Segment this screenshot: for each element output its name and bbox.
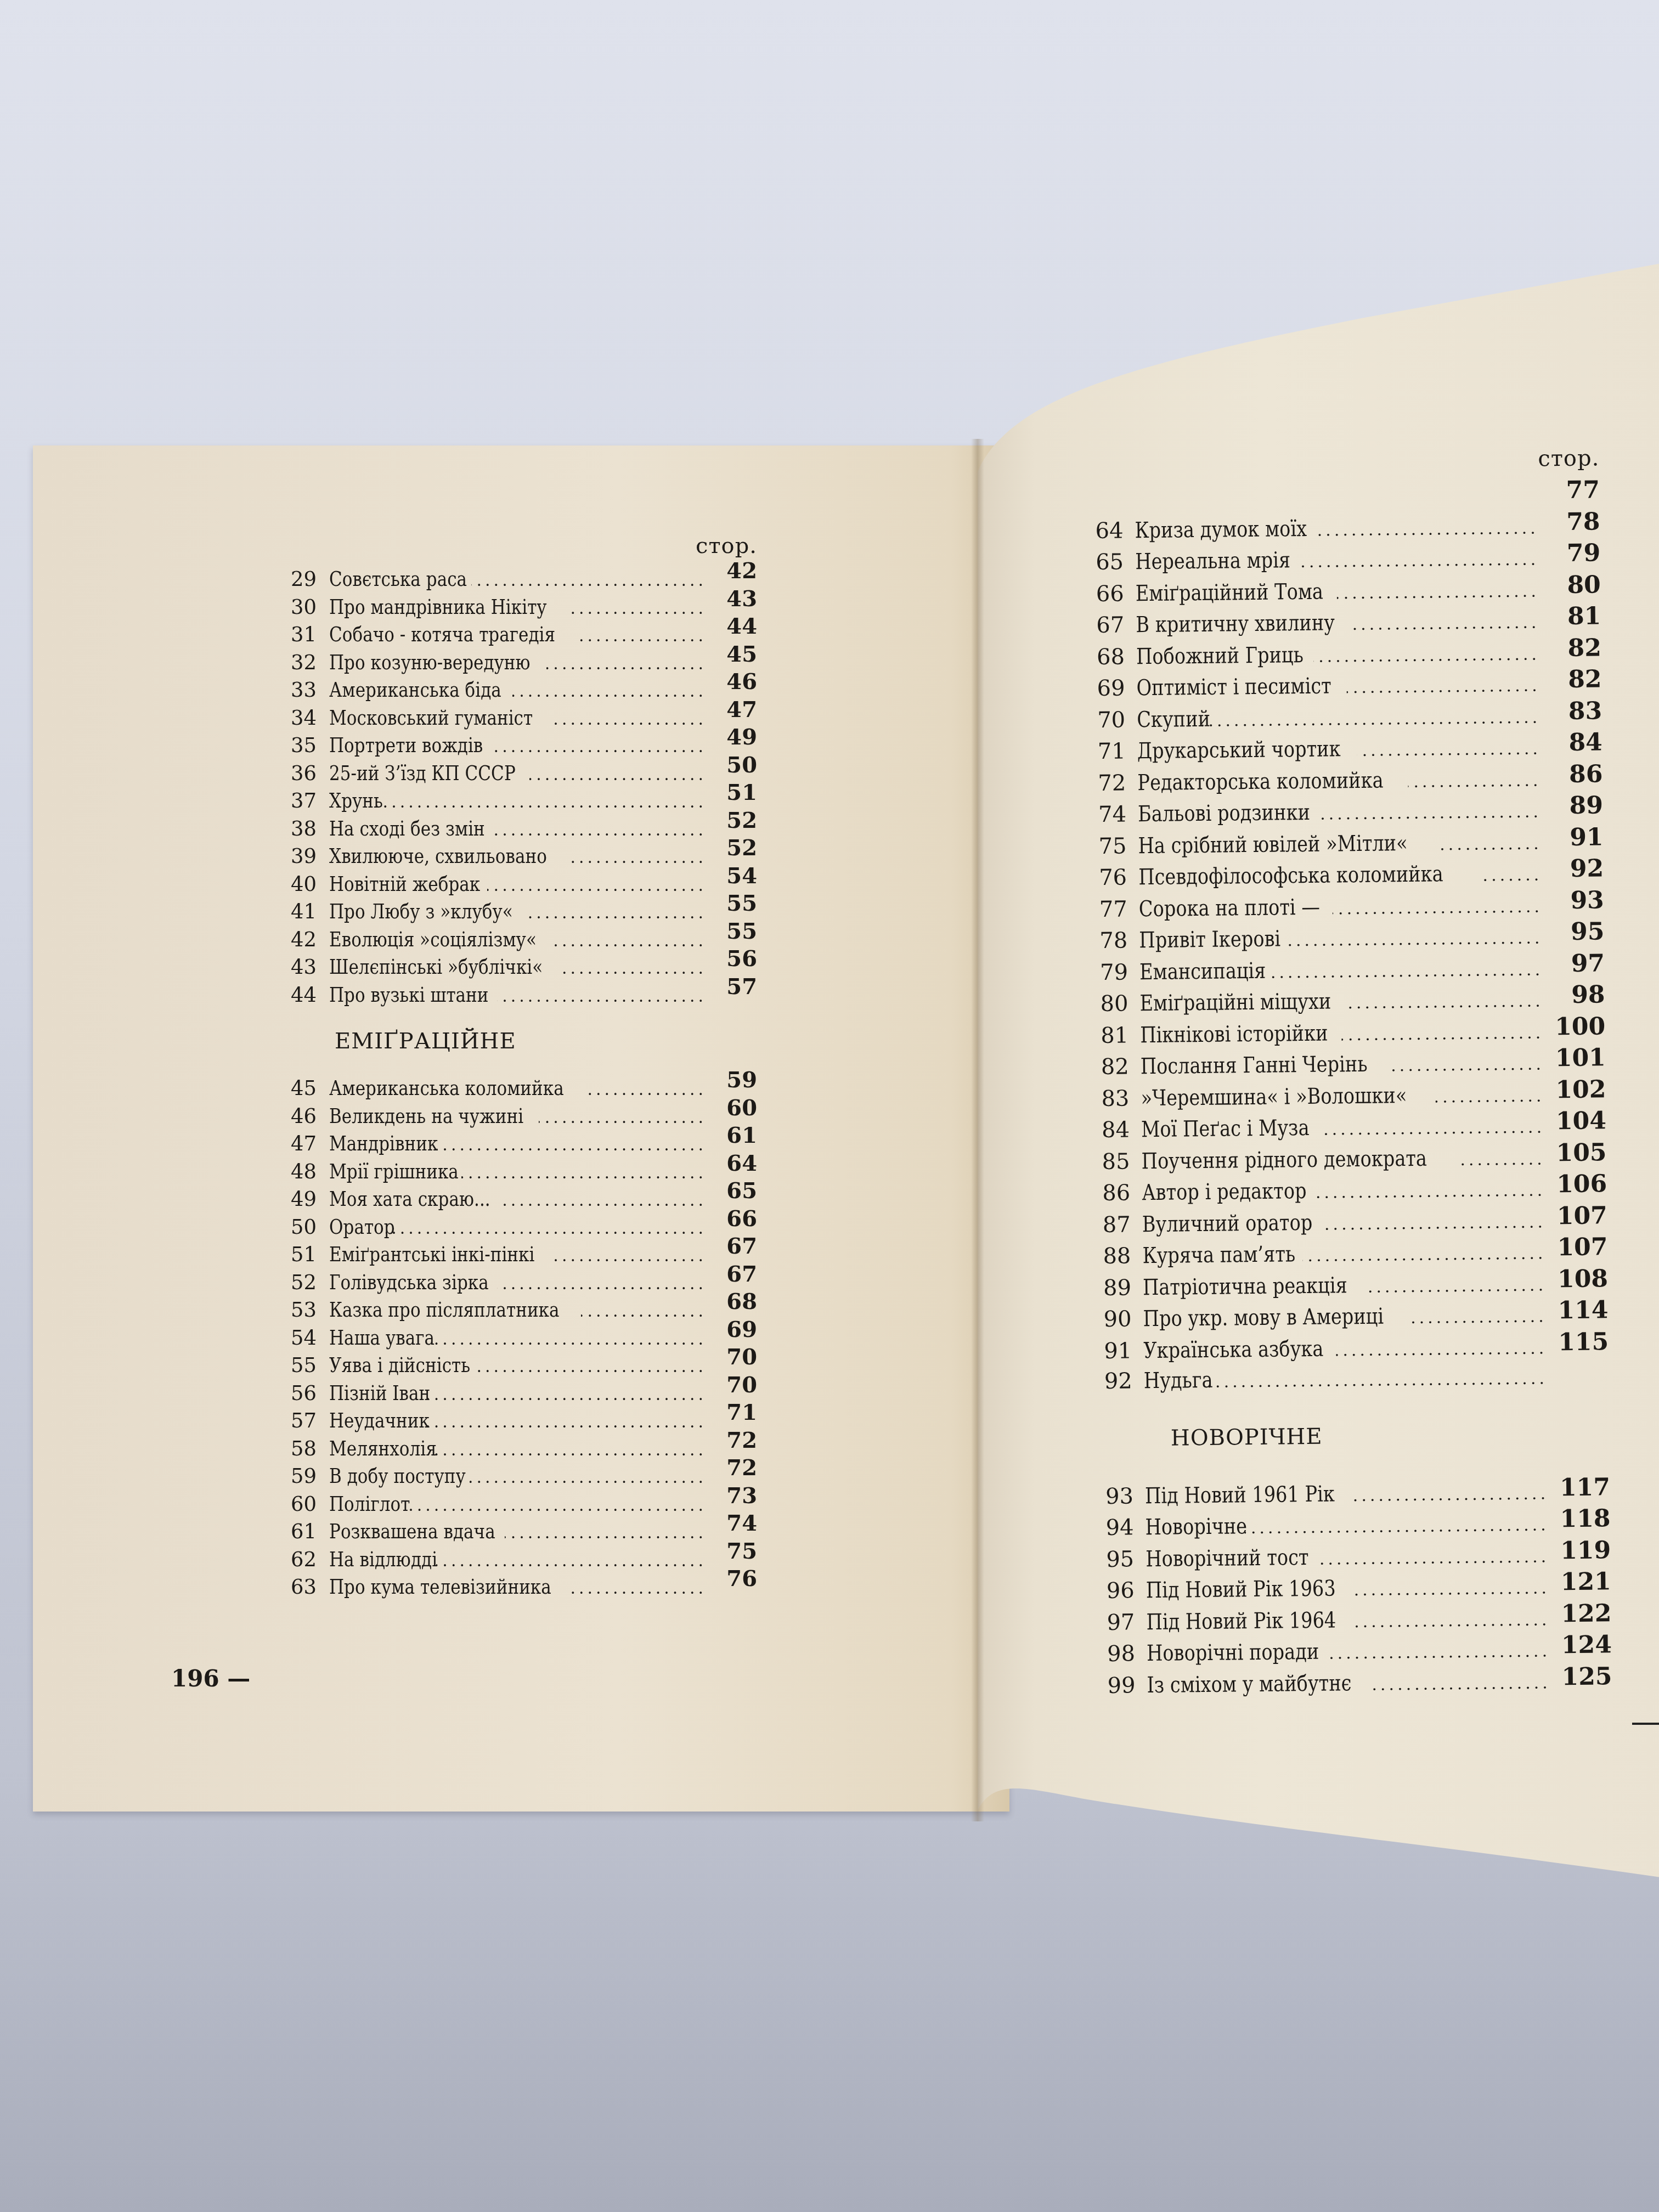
toc-entry: 60 Поліглот ............................… <box>291 1490 757 1518</box>
entry-page: 82 <box>1547 632 1602 664</box>
entry-page: 51 <box>713 779 757 806</box>
dot-leader: ........................................… <box>470 1464 707 1492</box>
entry-page: 105 <box>1551 1137 1607 1169</box>
entry-title: »Черемшина« і »Волошки« <box>1141 1080 1407 1114</box>
dot-leader: ........................................… <box>1330 1635 1551 1669</box>
toc-entry: 47 Мандрівник ..........................… <box>291 1130 757 1158</box>
dot-leader: ........................................… <box>1459 1143 1545 1176</box>
dot-leader: ........................................… <box>1316 1175 1545 1208</box>
toc-entry: 62 На відлюдді .........................… <box>291 1545 757 1573</box>
page-number: 196 — <box>171 1665 250 1692</box>
entry-page <box>1554 1380 1609 1380</box>
toc-entry: 58 Мелянхолія ..........................… <box>291 1435 757 1463</box>
dot-leader: ........................................… <box>1408 765 1542 798</box>
toc-entry: 39 Хвилююче, схвильовано ...............… <box>291 842 757 870</box>
entry-title: Про вузькі штани <box>329 981 489 1009</box>
entry-page: 97 <box>1550 947 1605 979</box>
entry-page: 107 <box>1553 1231 1608 1263</box>
toc-entry: 52 Голівудська зірка ...................… <box>291 1268 757 1296</box>
toc-list: 29 Совєтська раса ......................… <box>291 565 757 1008</box>
entry-title: Редакторська коломийка <box>1137 765 1384 799</box>
entry-number: 80 <box>1100 988 1140 1020</box>
entry-title: Оратор <box>329 1214 395 1241</box>
entry-title: Нудьга <box>1144 1365 1213 1397</box>
toc-entry: 51 Еміґрантські інкі-пінкі .............… <box>291 1240 757 1268</box>
dot-leader: ........................................… <box>1302 1238 1547 1272</box>
entry-page: 117 <box>1555 1471 1611 1503</box>
entry-number: 47 <box>291 1130 329 1158</box>
entry-page: 57 <box>713 973 757 1001</box>
entry-title: Новорічний тост <box>1145 1542 1309 1575</box>
dot-leader: ........................................… <box>529 761 707 789</box>
entry-title: Про кума телевізийника <box>329 1573 551 1601</box>
toc-entry: 80 Еміґраційні міщухи ..................… <box>1100 982 1605 1019</box>
dot-leader: ........................................… <box>490 733 707 761</box>
dot-leader: ........................................… <box>586 1076 707 1104</box>
toc-entry: 78 Привіт Ікерові ......................… <box>1099 919 1605 956</box>
entry-number: 96 <box>1107 1575 1147 1607</box>
dot-leader: ........................................… <box>427 1409 707 1436</box>
toc-entry: 70 Скупий ..............................… <box>1097 698 1602 735</box>
entry-title: Під Новий Рік 1964 <box>1146 1605 1336 1638</box>
entry-page: 122 <box>1556 1598 1612 1629</box>
entry-page: 50 <box>713 752 757 779</box>
entry-page: 60 <box>713 1094 757 1122</box>
entry-page: 43 <box>713 585 757 613</box>
toc-list: 77 64 Криза думок моїх .................… <box>1095 477 1609 1397</box>
dot-leader: ........................................… <box>550 706 707 733</box>
dot-leader: ........................................… <box>1368 1667 1551 1700</box>
toc-entry: 64 Криза думок моїх ....................… <box>1095 509 1600 546</box>
entry-title: Українська азбука <box>1143 1333 1324 1366</box>
toc-entry: 93 Під Новий 1961 Рік ..................… <box>1105 1475 1611 1511</box>
entry-page: 102 <box>1551 1074 1606 1105</box>
toc-entry: 49 Моя хата скраю... ...................… <box>291 1185 757 1213</box>
entry-page: 66 <box>713 1205 757 1233</box>
entry-title: Совєтська раса <box>329 566 467 593</box>
entry-page: 74 <box>713 1510 757 1537</box>
dot-leader: ........................................… <box>1333 891 1543 924</box>
toc-entry: 53 Казка про післяплатника .............… <box>291 1296 757 1324</box>
dot-leader: ........................................… <box>1364 1269 1547 1302</box>
entry-title: Голівудська зірка <box>329 1269 489 1296</box>
entry-page: 52 <box>713 834 757 862</box>
entry-page: 54 <box>713 862 757 890</box>
toc-entry: 97 Під Новий Рік 1964 ..................… <box>1107 1601 1612 1638</box>
toc-entry: 82 Послання Ганні Черінь ...............… <box>1101 1045 1606 1082</box>
entry-number: 61 <box>291 1518 329 1545</box>
entry-title: Американська біда <box>329 676 501 704</box>
dot-leader: ........................................… <box>1319 1111 1545 1145</box>
dot-leader: ........................................… <box>539 1104 707 1132</box>
entry-title: Скупий <box>1137 703 1210 735</box>
dot-leader: ........................................… <box>566 595 707 623</box>
entry-number: 43 <box>291 953 329 981</box>
entry-number: 55 <box>291 1352 329 1379</box>
entry-number: 85 <box>1102 1146 1142 1178</box>
toc-entry: 77 Сорока на плоті — ...................… <box>1099 888 1605 924</box>
dot-leader: ........................................… <box>1479 859 1542 891</box>
entry-page: 104 <box>1551 1105 1607 1137</box>
entry-number: 84 <box>1102 1114 1142 1146</box>
entry-page: 107 <box>1552 1200 1607 1232</box>
entry-number: 35 <box>291 732 329 759</box>
dot-leader: ........................................… <box>1318 512 1539 546</box>
dot-leader: ........................................… <box>1337 575 1539 609</box>
entry-page: 72 <box>713 1454 757 1482</box>
entry-number: 97 <box>1107 1607 1147 1639</box>
entry-title: Хрунь <box>329 787 383 815</box>
entry-page: 82 <box>1547 663 1602 695</box>
toc-entry: 35 Портрети вождів .....................… <box>291 731 757 759</box>
entry-title: В критичну хвилину <box>1136 607 1335 641</box>
entry-number: 62 <box>291 1546 329 1573</box>
page-number-dash <box>1632 1723 1659 1725</box>
entry-number: 59 <box>291 1463 329 1490</box>
entry-title: Бальові родзинки <box>1138 797 1310 830</box>
dot-leader: ........................................… <box>1407 1301 1547 1334</box>
entry-title: Мрії грішника <box>329 1158 459 1186</box>
entry-title: Моя хата скраю... <box>329 1186 490 1213</box>
entry-page: 76 <box>713 1565 757 1593</box>
entry-number: 89 <box>1103 1272 1143 1304</box>
entry-number <box>1095 506 1135 506</box>
entry-title: Псевдофілософська коломийка <box>1138 859 1443 893</box>
entry-title: Шелєпінські »бублічкі« <box>329 953 543 981</box>
dot-leader: ........................................… <box>1336 1333 1548 1366</box>
entry-page: 84 <box>1547 726 1602 758</box>
entry-page: 67 <box>713 1233 757 1260</box>
entry-page: 73 <box>713 1482 757 1510</box>
entry-number: 69 <box>1097 673 1137 704</box>
toc-entry: 76 Псевдофілософська коломийка .........… <box>1099 856 1604 893</box>
toc-entry: 67 В критичну хвилину ..................… <box>1096 603 1601 640</box>
entry-number: 81 <box>1101 1020 1141 1052</box>
entry-title: Пікнікові історійки <box>1140 1018 1328 1051</box>
entry-title: Криза думок моїх <box>1135 513 1307 546</box>
entry-title: В добу поступу <box>329 1463 466 1490</box>
entry-number: 50 <box>291 1214 329 1241</box>
entry-title: Нереальна мрія <box>1135 545 1291 578</box>
entry-number: 49 <box>291 1186 329 1213</box>
entry-title: Емансипація <box>1139 955 1266 988</box>
dot-leader: ........................................… <box>497 983 707 1011</box>
toc-entry: 37 Хрунь ...............................… <box>291 787 757 815</box>
entry-title: Оптиміст і песиміст <box>1136 671 1331 704</box>
entry-number: 39 <box>291 843 329 870</box>
entry-number: 82 <box>1101 1051 1141 1083</box>
entry-title: Неудачник <box>329 1407 430 1435</box>
entry-page: 61 <box>713 1122 757 1149</box>
toc-entry: 54 Наша увага ..........................… <box>291 1324 757 1352</box>
entry-title: Про Любу з »клубу« <box>329 898 513 926</box>
dot-leader: ........................................… <box>1349 1478 1549 1511</box>
entry-title: Під Новий Рік 1963 <box>1146 1573 1336 1607</box>
entry-number: 56 <box>291 1380 329 1407</box>
toc-list: 93 Під Новий 1961 Рік ..................… <box>1105 1475 1612 1701</box>
entry-number: 94 <box>1105 1512 1145 1544</box>
entry-title: Еміґраційний Тома <box>1136 576 1324 610</box>
entry-title: Наша увага <box>329 1324 435 1352</box>
entry-page: 69 <box>713 1316 757 1344</box>
entry-title: Новітній жебрак <box>329 871 480 898</box>
toc-entry: 42 Еволюція »соціялізму« ...............… <box>291 926 757 953</box>
dot-leader: ........................................… <box>566 844 707 872</box>
entry-page: 75 <box>713 1538 757 1565</box>
entry-number: 88 <box>1103 1240 1143 1272</box>
entry-title: Привіт Ікерові <box>1139 923 1280 956</box>
dot-leader: ........................................… <box>1350 1572 1550 1606</box>
dot-leader: ........................................… <box>436 1548 707 1575</box>
entry-page: 46 <box>713 668 757 696</box>
entry-page: 67 <box>713 1261 757 1288</box>
dot-leader: ........................................… <box>487 872 707 900</box>
entry-page: 70 <box>713 1372 757 1399</box>
entry-number: 90 <box>1103 1304 1143 1335</box>
dot-leader: ........................................… <box>386 1215 707 1243</box>
toc-entry: 95 Новорічний тост .....................… <box>1106 1538 1611 1575</box>
dot-leader <box>1113 502 1538 506</box>
entry-page: 118 <box>1555 1503 1611 1534</box>
entry-page: 72 <box>713 1427 757 1454</box>
entry-page: 45 <box>713 641 757 668</box>
entry-title: Хвилююче, схвильовано <box>329 843 547 870</box>
entry-number: 46 <box>291 1103 329 1130</box>
entry-page: 47 <box>713 696 757 724</box>
entry-number: 31 <box>291 621 329 648</box>
dot-leader: ........................................… <box>1351 607 1540 641</box>
entry-title: Новорічні поради <box>1147 1637 1319 1669</box>
entry-title: На відлюдді <box>329 1546 437 1573</box>
entry-title: Поліглот <box>329 1491 410 1518</box>
entry-page: 65 <box>713 1177 757 1205</box>
entry-page: 42 <box>713 557 757 585</box>
entry-number: 83 <box>1101 1083 1141 1115</box>
toc-entry: 75 На срібний ювілей »Мітли« ...........… <box>1098 825 1604 861</box>
entry-number: 32 <box>291 649 329 676</box>
entry-number: 51 <box>291 1241 329 1268</box>
entry-title: Казка про післяплатника <box>329 1296 560 1324</box>
toc-entry: 31 Собачо - котяча трагедія ............… <box>291 620 757 648</box>
dot-leader: ........................................… <box>1437 828 1542 860</box>
toc-entry: 87 Вуличний оратор .....................… <box>1103 1203 1608 1240</box>
page-column-header: стор. <box>291 527 757 565</box>
entry-page: 55 <box>713 890 757 917</box>
dot-leader: ........................................… <box>1268 954 1543 988</box>
entry-page: 79 <box>1545 537 1601 569</box>
dot-leader: ........................................… <box>461 1160 707 1187</box>
toc-entry: 92 Нудьга ..............................… <box>1104 1361 1610 1397</box>
toc-entry: 63 Про кума телевізийника ..............… <box>291 1573 757 1601</box>
dot-leader: ........................................… <box>577 623 707 650</box>
entry-number: 91 <box>1104 1335 1144 1367</box>
entry-number: 29 <box>291 566 329 593</box>
entry-page: 44 <box>713 613 757 640</box>
entry-number: 93 <box>1105 1481 1145 1513</box>
entry-title: Сорока на плоті — <box>1139 891 1321 924</box>
entry-number: 42 <box>291 926 329 953</box>
entry-number: 76 <box>1099 862 1139 894</box>
entry-title: Московський гуманіст <box>329 704 533 732</box>
entry-page: 124 <box>1557 1629 1612 1661</box>
toc-entry: 68 Побожний Гриць ......................… <box>1097 635 1602 672</box>
toc-right-page: стор. 77 64 Криза думок моїх ...........… <box>1094 439 1612 1701</box>
entry-number: 68 <box>1097 641 1137 673</box>
toc-entry: 40 Новітній жебрак .....................… <box>291 870 757 898</box>
dot-leader: ........................................… <box>581 1298 707 1325</box>
entry-page: 70 <box>713 1344 757 1371</box>
dot-leader: ........................................… <box>1313 639 1541 672</box>
entry-number: 74 <box>1098 799 1138 831</box>
toc-entry: 71 Друкарський чортик ..................… <box>1098 730 1603 766</box>
entry-title: Про укр. мову в Америці <box>1143 1301 1384 1335</box>
toc-entry: 84 Мої Пеґас і Муза ....................… <box>1102 1108 1607 1145</box>
entry-page: 108 <box>1553 1263 1609 1295</box>
dot-leader: ........................................… <box>1346 670 1541 704</box>
dot-leader: ........................................… <box>493 817 707 844</box>
entry-title: Новорічне <box>1145 1511 1247 1543</box>
entry-page: 56 <box>713 945 757 973</box>
entry-number: 67 <box>1096 610 1136 641</box>
toc-entry: 77 <box>1095 477 1600 514</box>
toc-entry: 43 Шелєпінські »бублічкі« ..............… <box>291 953 757 981</box>
dot-leader: ........................................… <box>1321 797 1542 830</box>
entry-title: 25-ий З’їзд КП СССР <box>329 760 516 787</box>
entry-number: 66 <box>1096 578 1136 610</box>
toc-entry: 50 Оратор ..............................… <box>291 1213 757 1241</box>
toc-entry: 89 Патріотична реакція .................… <box>1103 1266 1609 1303</box>
entry-number: 30 <box>291 594 329 621</box>
toc-entry: 44 Про вузькі штани ....................… <box>291 981 757 1009</box>
entry-page: 49 <box>713 724 757 751</box>
entry-title: Побожний Гриць <box>1136 640 1304 673</box>
entry-number: 99 <box>1107 1670 1147 1702</box>
dot-leader: ........................................… <box>552 1243 707 1270</box>
entry-number: 54 <box>291 1324 329 1352</box>
dot-leader: ........................................… <box>512 678 707 706</box>
entry-number: 98 <box>1107 1638 1147 1670</box>
entry-title: На срібний ювілей »Мітли« <box>1138 828 1408 862</box>
toc-entry: 61 Розквашена вдача ....................… <box>291 1517 757 1545</box>
entry-title: Розквашена вдача <box>329 1518 495 1545</box>
entry-page: 80 <box>1545 569 1601 601</box>
entry-number: 52 <box>291 1269 329 1296</box>
entry-page: 125 <box>1557 1661 1612 1692</box>
toc-entry: 91 Українська азбука ...................… <box>1104 1329 1609 1366</box>
toc-entry: 98 Новорічні поради ....................… <box>1107 1632 1612 1669</box>
dot-leader: ........................................… <box>1318 1541 1550 1575</box>
entry-title: На сході без змін <box>329 815 485 843</box>
entry-number: 34 <box>291 704 329 732</box>
entry-page: 92 <box>1549 853 1604 884</box>
toc-entry: 38 На сході без змін ...................… <box>291 815 757 843</box>
entry-number: 40 <box>291 871 329 898</box>
entry-title: Поучення рідного демократа <box>1141 1143 1427 1177</box>
toc-entry: 59 В добу поступу ......................… <box>291 1462 757 1490</box>
entry-page: 64 <box>713 1150 757 1177</box>
dot-leader: ........................................… <box>1204 1363 1548 1398</box>
entry-title: Послання Ганні Черінь <box>1141 1049 1368 1082</box>
toc-entry: 86 Автор і редактор ....................… <box>1102 1171 1607 1208</box>
entry-number: 45 <box>291 1075 329 1102</box>
toc-entry: 74 Бальові родзинки ....................… <box>1098 793 1604 830</box>
dot-leader: ........................................… <box>1323 1206 1546 1240</box>
entry-number: 87 <box>1103 1209 1143 1241</box>
entry-number: 75 <box>1098 831 1138 862</box>
dot-leader: ........................................… <box>572 1575 707 1602</box>
toc-entry: 96 Під Новий Рік 1963 ..................… <box>1107 1569 1612 1606</box>
entry-page: 52 <box>713 807 757 834</box>
entry-title: Друкарський чортик <box>1137 733 1341 767</box>
toc-entry: 45 Американська коломийка ..............… <box>291 1074 757 1102</box>
dot-leader: ........................................… <box>546 651 707 678</box>
entry-page: 93 <box>1549 884 1604 916</box>
toc-entry: 55 Уява і дійсність ....................… <box>291 1351 757 1379</box>
entry-page: 71 <box>713 1399 757 1426</box>
toc-entry: 94 Новорічне ...........................… <box>1105 1506 1611 1543</box>
entry-page: 91 <box>1548 821 1604 853</box>
entry-title: Еміґраційні міщухи <box>1139 986 1331 1020</box>
entry-page: 100 <box>1550 1011 1606 1042</box>
page-column-header: стор. <box>1094 439 1600 483</box>
entry-page: 119 <box>1556 1534 1611 1566</box>
entry-page: 95 <box>1549 916 1605 947</box>
toc-entry: 88 Куряча пам’ять ......................… <box>1103 1234 1608 1271</box>
dot-leader: ........................................… <box>435 1437 707 1464</box>
entry-title: Вуличний оратор <box>1142 1207 1313 1240</box>
entry-title: Собачо - котяча трагедія <box>329 621 555 648</box>
toc-entry: 29 Совєтська раса ......................… <box>291 565 757 593</box>
toc-left-page: стор. 29 Совєтська раса ................… <box>291 527 757 1601</box>
entry-title: Великдень на чужині <box>329 1103 523 1130</box>
book-spine <box>971 439 984 1821</box>
entry-page: 86 <box>1548 758 1603 790</box>
section-title: НОВОРІЧНЕ <box>1104 1392 1610 1480</box>
toc-entry: 56 Пізній Іван .........................… <box>291 1379 757 1407</box>
entry-page: 106 <box>1552 1168 1607 1200</box>
entry-number: 37 <box>291 787 329 815</box>
toc-entry: 99 Із сміхом у майбутнє ................… <box>1107 1664 1612 1701</box>
entry-title: Пізній Іван <box>329 1380 430 1407</box>
entry-page: 59 <box>713 1066 757 1094</box>
dot-leader: ........................................… <box>1285 922 1543 956</box>
toc-entry: 57 Неудачник ...........................… <box>291 1407 757 1435</box>
entry-number: 41 <box>291 898 329 926</box>
entry-number: 63 <box>291 1573 329 1601</box>
dot-leader: ........................................… <box>561 955 707 983</box>
entry-title: Під Новий 1961 Рік <box>1145 1479 1335 1512</box>
entry-page: 68 <box>713 1288 757 1316</box>
dot-leader: ........................................… <box>1345 985 1544 1019</box>
entry-number: 38 <box>291 815 329 843</box>
entry-page: 78 <box>1545 506 1600 538</box>
entry-number: 86 <box>1102 1177 1142 1209</box>
dot-leader: ........................................… <box>1389 1048 1544 1081</box>
dot-leader: ........................................… <box>1244 1509 1549 1544</box>
toc-entry: 41 Про Любу з »клубу« ..................… <box>291 898 757 926</box>
entry-number: 77 <box>1099 894 1139 926</box>
entry-page: 114 <box>1553 1294 1609 1326</box>
entry-page: 101 <box>1550 1042 1606 1074</box>
toc-entry: 65 Нереальна мрія ......................… <box>1096 540 1601 577</box>
entry-title: Із сміхом у майбутнє <box>1147 1668 1351 1701</box>
entry-title: Куряча пам’ять <box>1142 1239 1295 1272</box>
toc-entry: 48 Мрії грішника .......................… <box>291 1158 757 1186</box>
toc-list: 45 Американська коломийка ..............… <box>291 1074 757 1601</box>
entry-title: Мандрівник <box>329 1130 438 1158</box>
dot-leader: ........................................… <box>1435 1080 1544 1113</box>
toc-entry: 72 Редакторська коломийка ..............… <box>1098 761 1603 798</box>
